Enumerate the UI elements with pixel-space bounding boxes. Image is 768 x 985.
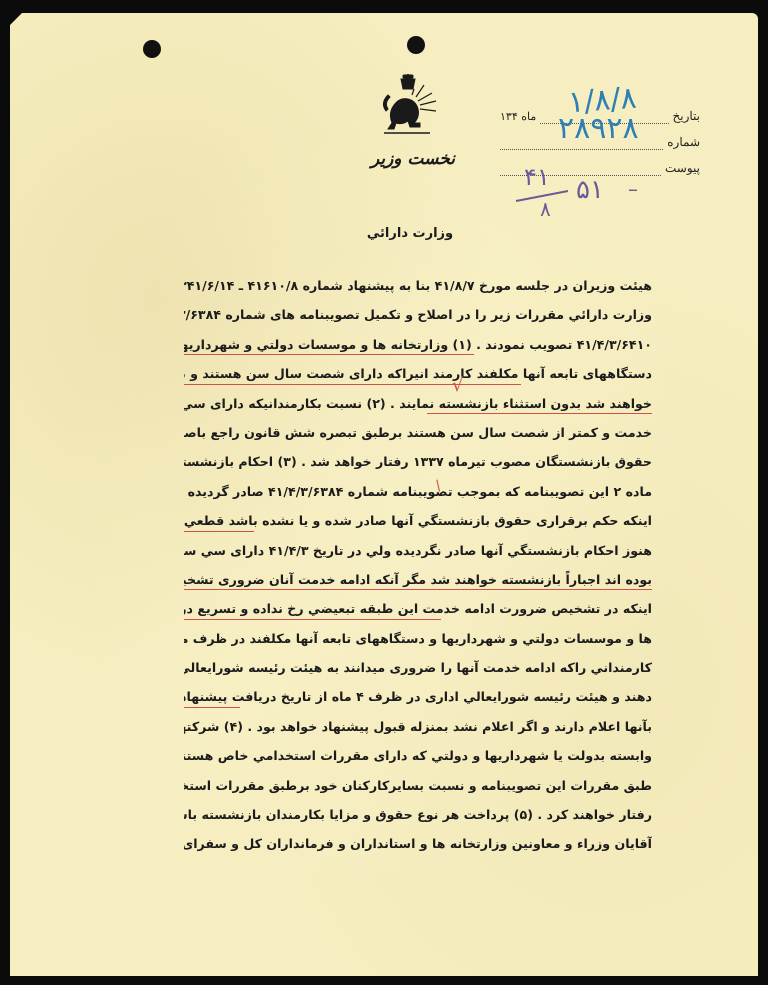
date-label: بتاریخ xyxy=(669,109,701,123)
lion-and-sun-emblem-icon xyxy=(372,73,444,139)
office-title: نخست وزیر xyxy=(358,149,468,169)
recipient-heading: وزارت دارائي xyxy=(330,226,490,241)
annotation-dash: – xyxy=(628,177,638,201)
red-underline xyxy=(184,354,474,355)
number-label: شماره xyxy=(663,135,700,149)
handwritten-number: ۲۸۹۲۸ xyxy=(558,111,639,146)
annotation-fraction-bottom: ۸ xyxy=(540,197,551,221)
punch-hole-center xyxy=(407,36,425,54)
red-underline xyxy=(184,589,652,590)
annotation-number: ۵۱ xyxy=(576,175,604,205)
red-pencil-underlines xyxy=(184,271,652,871)
red-check-mark-icon: √ xyxy=(452,375,463,396)
red-underline xyxy=(427,413,652,414)
red-underline xyxy=(184,531,254,532)
punch-hole-left xyxy=(143,40,161,58)
red-underline xyxy=(184,619,441,620)
attachment-label: پیوست xyxy=(661,161,700,175)
date-suffix: ماه ۱۳۴ xyxy=(500,110,536,123)
annotation-fraction-top: ۴۱ xyxy=(524,163,550,191)
red-underline xyxy=(184,384,521,385)
red-underline xyxy=(184,707,240,708)
scanned-document-page: نخست وزیر بتاریخ ماه ۱۳۴ شماره پیوست ۱/۸… xyxy=(10,13,758,976)
handwritten-annotation: ۴۱ ۸ ۵۱ – xyxy=(500,163,650,233)
